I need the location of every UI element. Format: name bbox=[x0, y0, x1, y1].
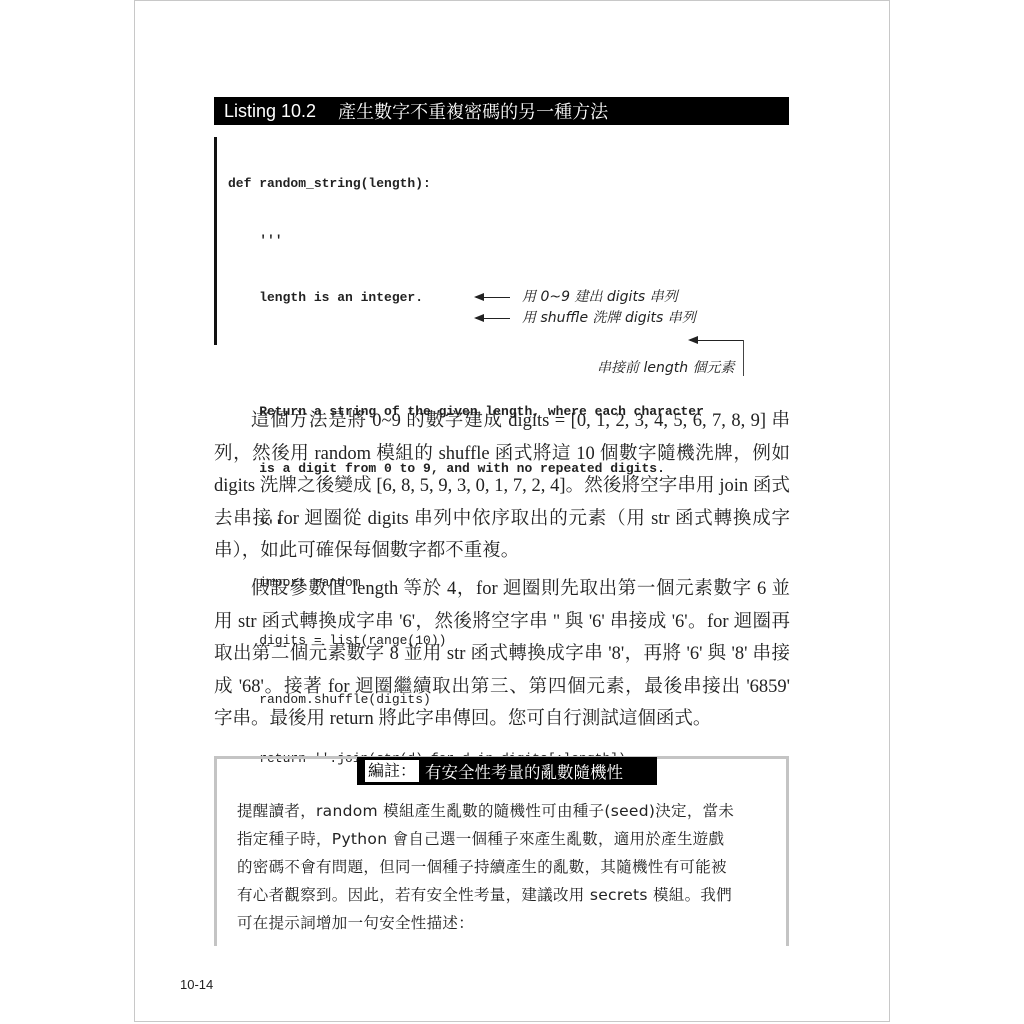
arrow-left-icon bbox=[476, 318, 510, 319]
annotation-shuffle: 用 shuffle 洗牌 digits 串列 bbox=[522, 307, 696, 327]
arrow-left-icon bbox=[690, 340, 744, 341]
editor-note-title: 編註： 有安全性考量的亂數隨機性 bbox=[357, 757, 657, 785]
note-line: 提醒讀者，random 模組產生亂數的隨機性可由種子(seed)決定，當未 bbox=[237, 797, 771, 825]
annotation-digits-list: 用 0~9 建出 digits 串列 bbox=[522, 286, 678, 306]
arrow-left-icon bbox=[476, 297, 510, 298]
annotation-join: 串接前 length 個元素 bbox=[597, 357, 735, 377]
note-line: 有心者觀察到。因此，若有安全性考量，建議改用 secrets 模組。我們 bbox=[237, 881, 771, 909]
page-number: 10-14 bbox=[180, 977, 213, 992]
body-paragraph-1: 這個方法是將 0~9 的數字建成 digits = [0, 1, 2, 3, 4… bbox=[214, 405, 790, 568]
note-line: 指定種子時，Python 會自己選一個種子來產生亂數，適用於產生遊戲 bbox=[237, 825, 771, 853]
code-line: def random_string(length): bbox=[228, 174, 704, 193]
listing-title: 產生數字不重複密碼的另一種方法 bbox=[338, 98, 608, 124]
listing-header: Listing 10.2 產生數字不重複密碼的另一種方法 bbox=[214, 97, 789, 125]
note-title-text: 有安全性考量的亂數隨機性 bbox=[425, 759, 623, 783]
note-line: 可在提示詞增加一句安全性描述： bbox=[237, 909, 771, 937]
code-line: ''' bbox=[228, 231, 704, 250]
paragraph-text: 這個方法是將 0~9 的數字建成 digits = [0, 1, 2, 3, 4… bbox=[214, 405, 790, 568]
listing-number: Listing 10.2 bbox=[224, 101, 316, 122]
paragraph-text: 假設參數值 length 等於 4，for 迴圈則先取出第一個元素數字 6 並用… bbox=[214, 573, 790, 736]
body-paragraph-2: 假設參數值 length 等於 4，for 迴圈則先取出第一個元素數字 6 並用… bbox=[214, 573, 790, 736]
code-block-bar bbox=[214, 137, 217, 345]
annotation-connector bbox=[743, 340, 744, 376]
note-line: 的密碼不會有問題，但同一個種子持續產生的亂數，其隨機性有可能被 bbox=[237, 853, 771, 881]
note-tag: 編註： bbox=[365, 760, 419, 782]
editor-note-body: 提醒讀者，random 模組產生亂數的隨機性可由種子(seed)決定，當未 指定… bbox=[237, 797, 771, 937]
